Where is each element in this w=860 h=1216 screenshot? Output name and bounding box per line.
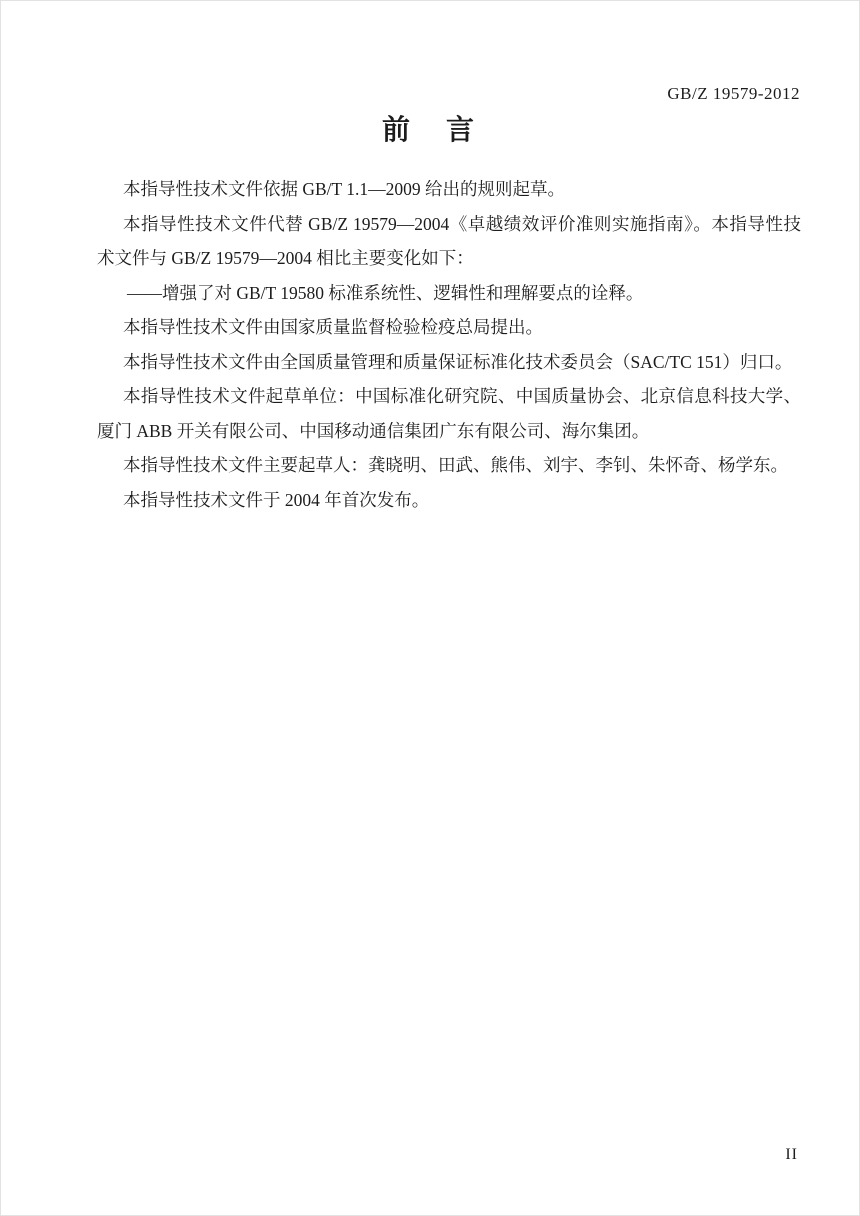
foreword-paragraph: 本指导性技术文件起草单位：中国标准化研究院、中国质量协会、北京信息科技大学、厦门… [97,379,801,448]
foreword-change-list-item: ——增强了对 GB/T 19580 标准系统性、逻辑性和理解要点的诠释。 [97,276,801,311]
foreword-paragraph: 本指导性技术文件依据 GB/T 1.1—2009 给出的规则起草。 [97,172,801,207]
document-page: GB/Z 19579-2012 前 言 本指导性技术文件依据 GB/T 1.1—… [0,0,860,1216]
foreword-paragraph: 本指导性技术文件代替 GB/Z 19579—2004《卓越绩效评价准则实施指南》… [97,207,801,276]
page-number: II [785,1146,798,1164]
foreword-paragraph: 本指导性技术文件由国家质量监督检验检疫总局提出。 [97,310,801,345]
foreword-content: 本指导性技术文件依据 GB/T 1.1—2009 给出的规则起草。 本指导性技术… [97,172,801,517]
foreword-paragraph: 本指导性技术文件于 2004 年首次发布。 [97,483,801,518]
page-title: 前 言 [0,108,860,148]
foreword-paragraph: 本指导性技术文件由全国质量管理和质量保证标准化技术委员会（SAC/TC 151）… [97,345,801,380]
standard-number-header: GB/Z 19579-2012 [60,84,800,104]
foreword-paragraph: 本指导性技术文件主要起草人：龚晓明、田武、熊伟、刘宇、李钊、朱怀奇、杨学东。 [97,448,801,483]
